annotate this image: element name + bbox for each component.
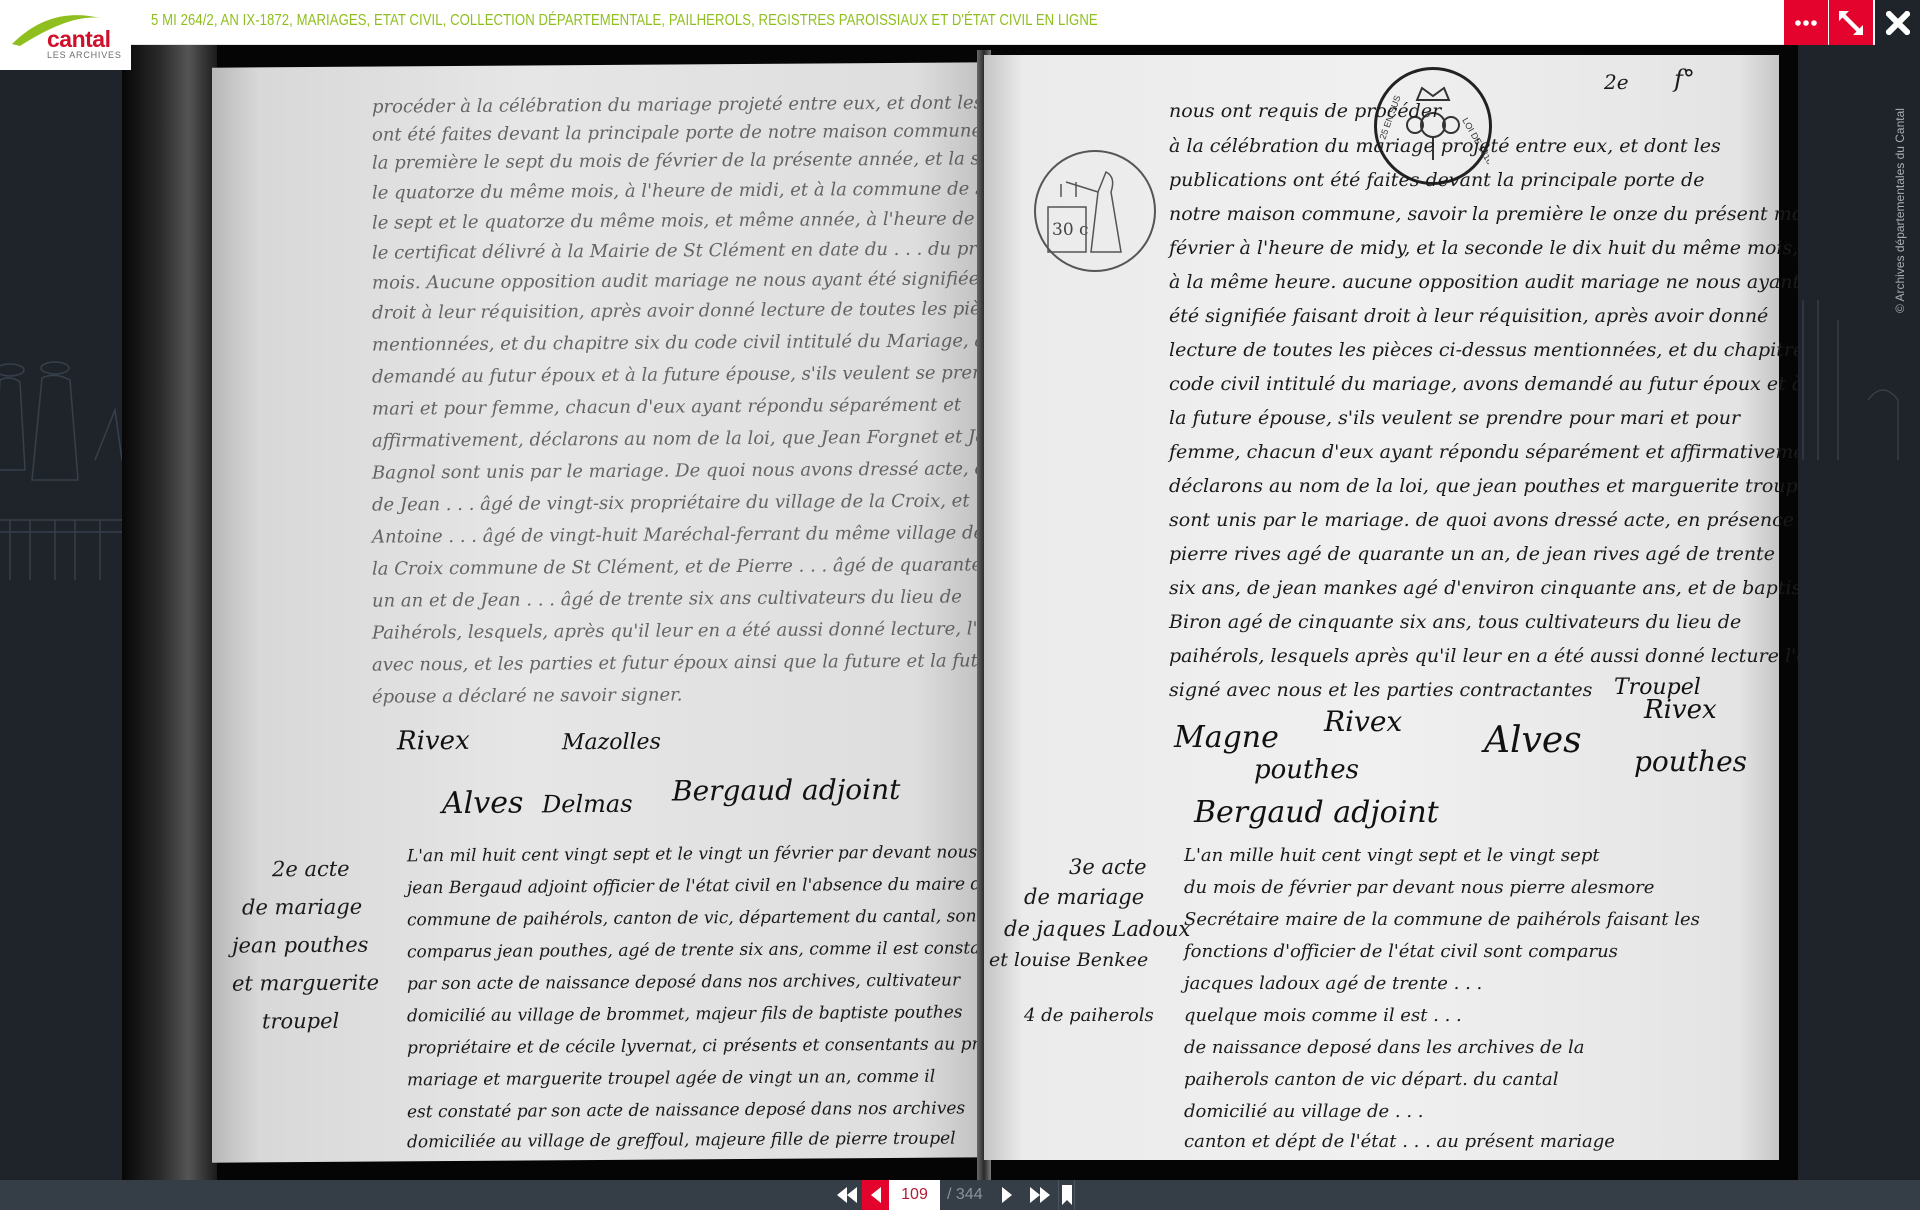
act-line: Secrétaire maire de la commune de paihér… [1184, 909, 1700, 930]
act-line: domicilié au village de brommet, majeur … [407, 1002, 963, 1026]
manuscript-line: Biron agé de cinquante six ans, tous cul… [1169, 611, 1741, 633]
manuscript-line: mari et pour femme, chacun d'eux ayant r… [372, 394, 961, 419]
next-page-button[interactable] [995, 1180, 1019, 1210]
signature: Mazolles [562, 730, 661, 756]
act-line: comparus jean pouthes, agé de trente six… [407, 938, 997, 962]
last-page-button[interactable] [1025, 1180, 1055, 1210]
manuscript-line: paihérols, lesquels après qu'il leur en … [1169, 645, 1798, 667]
ink-stamp: LOI DE 1816 25 EN SUS [1374, 67, 1492, 185]
close-button[interactable] [1875, 0, 1920, 45]
more-options-button[interactable] [1784, 0, 1828, 45]
act-line: jacques ladoux agé de trente . . . [1184, 973, 1482, 994]
signature: Rivex [1324, 705, 1402, 738]
act-line: propriétaire et de cécile lyvernat, ci p… [407, 1034, 1026, 1058]
signature: Delmas [542, 790, 633, 819]
page-mark: 2e [1604, 70, 1629, 94]
fullscreen-button[interactable] [1829, 0, 1873, 45]
manuscript-line: demandé au futur époux et à la future ép… [372, 362, 1063, 388]
manuscript-line: le quatorze du même mois, à l'heure de m… [372, 178, 1050, 204]
manuscript-line: femme, chacun d'eux ayant répondu séparé… [1169, 441, 1798, 463]
background-engraving-left [0, 70, 122, 1180]
manuscript-line: mois. Aucune opposition audit mariage ne… [372, 268, 1053, 294]
act-line: L'an mille huit cent vingt sept et le vi… [1184, 845, 1600, 866]
manuscript-line: six ans, de jean mankes agé d'environ ci… [1169, 577, 1798, 599]
previous-page-icon [871, 1187, 881, 1203]
signature: Alves [442, 786, 523, 822]
act-line: fonctions d'officier de l'état civil son… [1184, 941, 1618, 962]
signature: Alves [1484, 720, 1582, 761]
manuscript-line: avec nous, et les parties et futur époux… [372, 650, 1009, 675]
scan-edge-shadow [122, 45, 217, 1180]
divider [1074, 1180, 1075, 1210]
manuscript-line: lecture de toutes les pièces ci-dessus m… [1169, 339, 1798, 361]
manuscript-line: de Jean . . . âgé de vingt-six propriéta… [372, 490, 970, 515]
signature: Rivex [1644, 695, 1717, 725]
margin-note: troupel [262, 1009, 339, 1034]
margin-note: jean pouthes [232, 933, 368, 958]
manuscript-line: nous ont requis de procéder [1169, 100, 1441, 122]
manuscript-line: la première le sept du mois de février d… [372, 148, 1045, 174]
manuscript-line: pierre rives agé de quarante un an, de j… [1169, 543, 1775, 565]
manuscript-line: publications ont été faites devant la pr… [1169, 169, 1704, 191]
margin-note: 4 de paiherols [1024, 1005, 1154, 1026]
manuscript-line: la future épouse, s'ils veulent se prend… [1169, 407, 1740, 429]
page-mark: f° [1674, 65, 1695, 93]
bookmark-button[interactable] [1060, 1180, 1074, 1210]
top-bar: 5 MI 264/2, AN IX-1872, MARIAGES, ETAT C… [0, 0, 1920, 45]
page-number-input[interactable] [889, 1180, 940, 1210]
left-manuscript-page: procéder à la célébration du mariage pro… [212, 62, 992, 1162]
next-page-icon [1002, 1187, 1012, 1203]
pagination-bar: / 344 [0, 1180, 1920, 1210]
manuscript-line: épouse a déclaré ne savoir signer. [372, 684, 683, 707]
manuscript-line: Paihérols, lesquels, après qu'il leur en… [372, 618, 1062, 644]
act-line: est constaté par son acte de naissance d… [407, 1098, 965, 1122]
page-total-label: / 344 [947, 1186, 983, 1204]
first-page-icon [836, 1187, 858, 1203]
document-viewer[interactable]: procéder à la célébration du mariage pro… [122, 45, 1798, 1180]
manuscript-line: sont unis par le mariage. de quoi avons … [1169, 509, 1798, 531]
manuscript-line: été signifiée faisant droit à leur réqui… [1169, 305, 1768, 327]
more-dots-icon [1795, 20, 1817, 26]
manuscript-line: à la même heure. aucune opposition audit… [1169, 271, 1798, 293]
act-line: quelque mois comme il est . . . [1184, 1005, 1462, 1026]
act-line: domiciliée au village de greffoul, majeu… [407, 1129, 956, 1153]
manuscript-line: déclarons au nom de la loi, que jean pou… [1169, 475, 1798, 497]
signature: Bergaud adjoint [1194, 795, 1439, 830]
right-manuscript-page: 30 c LOI DE 1816 [984, 55, 1779, 1160]
signature: Bergaud adjoint [672, 773, 900, 808]
engraving-figures-icon [0, 270, 122, 770]
act-line: domicilié au village de . . . [1184, 1101, 1424, 1122]
manuscript-line: la Croix commune de St Clément, et de Pi… [372, 554, 982, 579]
archive-viewer-app: 5 MI 264/2, AN IX-1872, MARIAGES, ETAT C… [0, 0, 1920, 1210]
justice-figure-icon [1036, 152, 1156, 272]
margin-note: de mariage [242, 895, 362, 920]
act-line: canton et dépt de l'état . . . au présen… [1184, 1131, 1615, 1152]
manuscript-line: le certificat délivré à la Mairie de St … [372, 238, 1026, 264]
signature: Rivex [397, 726, 470, 757]
manuscript-line: code civil intitulé du mariage, avons de… [1169, 373, 1798, 395]
expand-arrows-icon [1837, 9, 1865, 37]
act-line: de naissance deposé dans les archives de… [1184, 1037, 1584, 1058]
manuscript-line: un an et de Jean . . . âgé de trente six… [372, 586, 962, 611]
manuscript-line: affirmativement, déclarons au nom de la … [372, 426, 1030, 452]
close-x-icon [1886, 11, 1910, 35]
manuscript-line: Antoine . . . âgé de vingt-huit Maréchal… [372, 522, 984, 547]
divider [1058, 1180, 1059, 1210]
signature: Magne [1174, 720, 1279, 755]
manuscript-line: notre maison commune, savoir la première… [1169, 203, 1798, 225]
margin-note: et louise Benkee [989, 949, 1148, 971]
logo-subtitle-text: LES ARCHIVES [47, 50, 122, 60]
manuscript-line: à la célébration du mariage projeté entr… [1169, 135, 1721, 157]
cantal-archives-logo[interactable]: cantal LES ARCHIVES [0, 0, 131, 70]
manuscript-line: signé avec nous et les parties contracta… [1169, 679, 1592, 701]
act-line: L'an mil huit cent vingt sept et le ving… [407, 842, 977, 866]
crown-fleur-de-lis-icon: LOI DE 1816 25 EN SUS [1377, 70, 1489, 182]
last-page-icon [1029, 1187, 1051, 1203]
act-line: commune de paihérols, canton de vic, dép… [407, 906, 983, 930]
act-line: mariage et marguerite troupel agée de vi… [407, 1067, 935, 1091]
manuscript-line: mentionnées, et du chapitre six du code … [372, 330, 1027, 356]
manuscript-line: ont été faites devant la principale port… [372, 120, 1049, 146]
copyright-text: © Archives départementales du Cantal [1893, 108, 1907, 313]
act-line: du mois de février par devant nous pierr… [1184, 877, 1654, 898]
signature: pouthes [1254, 755, 1359, 785]
logo-brand-text: cantal [47, 26, 110, 53]
tax-stamp: 30 c [1034, 150, 1156, 272]
signature: pouthes [1634, 745, 1747, 778]
margin-note: 3e acte [1069, 855, 1147, 879]
margin-note: et marguerite [232, 971, 379, 996]
margin-note: 2e acte [272, 857, 350, 882]
first-page-button[interactable] [832, 1180, 862, 1210]
act-line: par son acte de naissance deposé dans no… [407, 970, 960, 994]
document-title: 5 MI 264/2, AN IX-1872, MARIAGES, ETAT C… [151, 12, 1098, 30]
bookmark-icon [1062, 1185, 1072, 1205]
manuscript-line: le sept et le quatorze du même mois, et … [372, 208, 1075, 234]
margin-note: de mariage [1024, 885, 1144, 909]
previous-page-button[interactable] [862, 1180, 889, 1210]
margin-note: de jaques Ladoux [1004, 917, 1190, 941]
act-line: jean Bergaud adjoint officier de l'état … [407, 874, 1012, 898]
act-line: paiherols canton de vic départ. du canta… [1184, 1069, 1559, 1090]
manuscript-line: février à l'heure de midy, et la seconde… [1169, 237, 1798, 259]
